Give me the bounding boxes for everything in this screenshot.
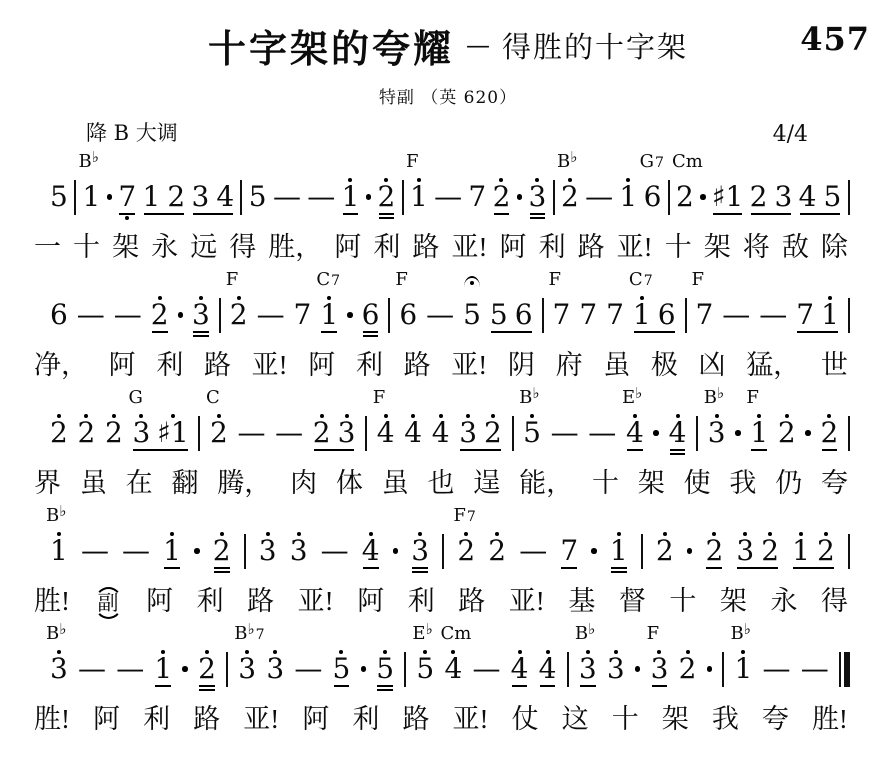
octave-dot-low: [799, 211, 817, 220]
note-digit-stack: 1: [154, 646, 172, 692]
lyric-syllable: 永: [770, 583, 797, 619]
octave-dot-low: [669, 447, 687, 456]
barline: [848, 298, 850, 333]
note-digit: 2: [761, 537, 779, 565]
duration-dash: —: [801, 655, 829, 683]
note-digit-stack: 2: [705, 528, 723, 574]
duration-dash: —: [275, 419, 303, 447]
note-digit: 1: [320, 301, 338, 329]
note-digit-stack: 4: [444, 646, 462, 692]
note-digit-stack: 2: [77, 410, 95, 456]
lyric-syllable: 我: [729, 465, 756, 501]
octave-dot-low: [676, 211, 694, 220]
lyric-syllable: 阿: [500, 229, 527, 265]
note-digit-stack: 5: [523, 410, 541, 456]
note: 2: [778, 410, 796, 456]
note: 5B♭: [523, 410, 541, 456]
octave-dot-low: [50, 211, 68, 220]
note-digit-stack: 7: [294, 292, 312, 338]
lyric-syllable: 胜!: [812, 701, 848, 737]
octave-dot-low: [579, 683, 597, 692]
note-digit: ♯1: [157, 419, 188, 447]
lyric-syllable: 十: [669, 583, 696, 619]
chord-label: B♭: [46, 507, 66, 525]
note-digit-stack: 1: [792, 528, 810, 574]
lyric-syllable: 夸: [821, 465, 848, 501]
lyric-syllable: 体: [336, 465, 363, 501]
lyric-syllable: 亚!: [252, 347, 288, 383]
chord-label: F: [395, 271, 408, 289]
octave-dot-low: [708, 447, 726, 456]
octave-dot-low: [362, 329, 380, 338]
note-digit-stack: 4: [404, 410, 422, 456]
note-digit: 4: [432, 419, 450, 447]
chord-label: C: [206, 389, 220, 407]
lyrics-line-1: 一十架永远得胜，阿利路亚!阿利路亚!十架将敌除: [0, 229, 896, 265]
note: 5E♭: [416, 646, 434, 692]
note-digit-stack: 5: [376, 646, 394, 692]
note: 2B♭: [561, 174, 579, 220]
note: 7: [118, 174, 136, 220]
note-digit-stack: 1: [619, 174, 637, 220]
note-digit-stack: 4: [362, 528, 380, 574]
barline: [198, 416, 200, 451]
note-digit-stack: 6: [515, 292, 533, 338]
chord-label: F: [226, 271, 239, 289]
music-line-3: 2223♯1G2C——234F44325B♭——4E♭43B♭1F22: [0, 410, 896, 456]
octave-dot-low: [823, 211, 841, 220]
note-digit-stack: 3: [338, 410, 356, 456]
octave-dot-low: [50, 683, 68, 692]
note-digit-stack: 1: [750, 410, 768, 456]
note-digit: 1: [610, 537, 628, 565]
lyric-syllable: 架: [704, 229, 731, 265]
barline: [641, 534, 643, 569]
duration-dash: —: [472, 655, 500, 683]
chord-accidental: ♭: [92, 148, 99, 166]
note-digit: 3: [459, 419, 477, 447]
note-digit: 2: [151, 301, 169, 329]
note-digit-stack: 3: [607, 646, 625, 692]
duration-dash: —: [116, 655, 144, 683]
note-digit-stack: 2: [778, 410, 796, 456]
barline: [226, 652, 228, 687]
lyric-syllable: 阿: [357, 583, 384, 619]
octave-dot-low: [515, 329, 533, 338]
note-digit: 1: [82, 183, 100, 211]
note: 5: [249, 174, 267, 220]
note-digit-stack: 1: [143, 174, 161, 220]
note-digit: 1: [821, 301, 839, 329]
note: 7F: [553, 292, 571, 338]
note-digit-stack: 3: [736, 528, 754, 574]
note: 1: [342, 174, 360, 220]
note-digit-stack: 3: [651, 646, 669, 692]
chord-number: 7: [655, 155, 664, 171]
octave-dot-low: [610, 565, 628, 574]
chord-label: G: [128, 389, 142, 407]
note-digit-stack: 2: [484, 410, 502, 456]
note: 3: [266, 646, 284, 692]
note-digit: 7: [796, 301, 814, 329]
note: 4: [404, 410, 422, 456]
chord-label: C7: [629, 271, 653, 289]
octave-dot-low: [333, 683, 351, 692]
note: 1F: [410, 174, 428, 220]
lyrics-line-5: 胜!阿利路亚!阿利路亚!仗这十架我夸胜!: [0, 701, 896, 737]
note: 4: [669, 410, 687, 456]
hymn-title-main: 十字架的夸耀: [208, 18, 454, 73]
lyric-syllable: 阿: [146, 583, 173, 619]
barline: [848, 534, 850, 569]
note: 1F: [750, 410, 768, 456]
note-digit-stack: 7: [553, 292, 571, 338]
note-digit-stack: 2: [750, 174, 768, 220]
octave-dot-low: [105, 447, 123, 456]
augmentation-dot: [194, 548, 200, 554]
note-digit-stack: 3: [529, 174, 547, 220]
note-digit-stack: 1: [320, 292, 338, 338]
note-digit-stack: 2: [167, 174, 185, 220]
chord-number: 7: [644, 273, 653, 289]
note: 1B♭: [50, 528, 68, 574]
chord-label: F: [549, 271, 562, 289]
note-digit-stack: 5: [416, 646, 434, 692]
augmentation-dot: [687, 548, 693, 554]
octave-dot-low: [651, 683, 669, 692]
note-digit: 1: [50, 537, 68, 565]
duration-dash: —: [434, 183, 462, 211]
lyric-syllable: 夸: [762, 701, 789, 737]
note-digit-stack: 2: [151, 292, 169, 338]
augmentation-dot: [653, 430, 659, 436]
duration-dash: —: [237, 419, 265, 447]
octave-dot-low: [705, 565, 723, 574]
chord-accidental: ♭: [426, 620, 433, 638]
note: 2: [105, 410, 123, 456]
augmentation-dot: [805, 430, 811, 436]
note-digit: 7: [294, 301, 312, 329]
refrain-marker: 副: [94, 583, 123, 619]
lyric-syllable: 亚!: [617, 229, 653, 265]
note-digit-stack: 2: [105, 410, 123, 456]
lyric-syllable: 仗: [512, 701, 539, 737]
note-digit: 3: [651, 655, 669, 683]
octave-dot-low: [338, 447, 356, 456]
octave-dot-low: [468, 211, 486, 220]
note-digit-stack: 3: [238, 646, 256, 692]
note-digit: 4: [626, 419, 644, 447]
duration-dash: —: [78, 655, 106, 683]
note-digit-stack: 6: [50, 292, 68, 338]
lyric-syllable: 十: [592, 465, 619, 501]
barline: [696, 416, 698, 451]
octave-dot-low: [712, 211, 743, 220]
note-digit-stack: 3: [50, 646, 68, 692]
augmentation-dot: [700, 194, 706, 200]
note: 1: [619, 174, 637, 220]
note-digit-stack: 2: [230, 292, 248, 338]
note-digit-stack: 6: [658, 292, 676, 338]
lyric-syllable: 能，: [519, 465, 573, 501]
note: 3B♭: [50, 646, 68, 692]
duration-dash: —: [426, 301, 454, 329]
note-digit: 3: [266, 655, 284, 683]
note: 3: [290, 528, 308, 574]
lyric-syllable: 亚!: [243, 701, 279, 737]
note-digit: 2: [484, 419, 502, 447]
lyric-syllable: 在: [126, 465, 153, 501]
note-digit: 3: [290, 537, 308, 565]
barline: [512, 416, 514, 451]
duration-dash: —: [114, 301, 142, 329]
chord-label: E♭: [412, 625, 432, 643]
note-digit: 7: [468, 183, 486, 211]
octave-dot-low: [411, 565, 429, 574]
lyric-syllable: 架: [112, 229, 139, 265]
note-digit-stack: 5: [50, 174, 68, 220]
note-digit: 1: [619, 183, 637, 211]
note: 2F: [230, 292, 248, 338]
note-digit-stack: 5: [490, 292, 508, 338]
key-signature: 降 B 大调: [86, 117, 178, 147]
note: 7F: [696, 292, 714, 338]
note-digit-stack: 6: [644, 174, 662, 220]
augmentation-dot: [361, 666, 367, 672]
octave-dot-low: [463, 329, 481, 338]
note: 6: [362, 292, 380, 338]
lyric-syllable: 利: [539, 229, 566, 265]
lyric-syllable: 极: [651, 347, 678, 383]
chord-number: 7: [467, 509, 476, 525]
lyric-syllable: 逞: [473, 465, 500, 501]
octave-dot-low: [792, 565, 810, 574]
lyric-syllable: 虽: [80, 465, 107, 501]
chord-accidental: ♭: [717, 384, 724, 402]
chord-label: E♭: [622, 389, 642, 407]
note-digit-stack: 7: [696, 292, 714, 338]
note-digit-stack: ♯1: [157, 410, 188, 456]
note-digit: 5: [463, 301, 481, 329]
note: 5: [50, 174, 68, 220]
augmentation-dot: [735, 430, 741, 436]
octave-dot-low: [490, 329, 508, 338]
note-digit: 2: [167, 183, 185, 211]
octave-dot-low: [313, 447, 331, 456]
note-digit: 4: [216, 183, 234, 211]
note-digit: 6: [658, 301, 676, 329]
note: 1B♭: [82, 174, 100, 220]
note-digit: 2: [198, 655, 216, 683]
lyric-syllable: 督: [619, 583, 646, 619]
note-digit: 5: [249, 183, 267, 211]
note-group: 32: [736, 528, 779, 574]
note: 3: [192, 292, 210, 338]
lyric-syllable: 利: [352, 701, 379, 737]
note: ♯1: [712, 174, 743, 220]
note-digit-stack: 3: [774, 174, 792, 220]
lyric-syllable: 除: [821, 229, 848, 265]
note-digit-stack: 2: [761, 528, 779, 574]
lyric-syllable: 十: [665, 229, 692, 265]
note-digit: 5: [376, 655, 394, 683]
octave-dot-low: [50, 565, 68, 574]
duration-dash: —: [122, 537, 150, 565]
barline: [404, 652, 406, 687]
octave-dot-low: [259, 565, 277, 574]
lyrics-line-4: 胜!副阿利路亚!阿利路亚!基督十架永得: [0, 583, 896, 619]
note-digit: 4: [799, 183, 817, 211]
note-digit: 4: [669, 419, 687, 447]
note-group: 12: [792, 528, 835, 574]
note: 2: [50, 410, 68, 456]
note-digit-stack: 2: [210, 410, 228, 456]
octave-dot-low: [626, 447, 644, 456]
note-digit: 2: [105, 419, 123, 447]
octave-dot-low: [378, 211, 396, 220]
note: 7: [468, 174, 486, 220]
note-digit: 1: [163, 537, 181, 565]
octave-dot-low: [362, 565, 380, 574]
duration-dash: —: [763, 655, 791, 683]
note-digit-stack: 2: [457, 528, 475, 574]
lyric-syllable: 利: [373, 229, 400, 265]
note-digit: 3: [411, 537, 429, 565]
chord-label: Cm: [672, 153, 703, 171]
lyric-syllable: 也: [428, 465, 455, 501]
octave-dot-low: [619, 211, 637, 220]
octave-dot-low: [493, 211, 511, 220]
note-digit-stack: 2: [821, 410, 839, 456]
chord-label: F: [692, 271, 705, 289]
note: 4: [432, 410, 450, 456]
octave-dot-low: [77, 447, 95, 456]
chord-number: 7: [331, 273, 340, 289]
note-digit-stack: 4: [539, 646, 557, 692]
note-digit-stack: 2: [488, 528, 506, 574]
note-digit: 6: [515, 301, 533, 329]
lyric-syllable: 路: [578, 229, 605, 265]
note: 2F7: [457, 528, 475, 574]
note: 1: [154, 646, 172, 692]
note-digit: 3: [607, 655, 625, 683]
lyric-syllable: 阿: [334, 229, 361, 265]
octave-dot-low: [290, 565, 308, 574]
chord-accidental: ♭: [570, 148, 577, 166]
note: 5: [333, 646, 351, 692]
note: 1: [610, 528, 628, 574]
note-digit: 3: [192, 301, 210, 329]
barline: [685, 298, 687, 333]
note-digit: 5: [333, 655, 351, 683]
augmentation-dot: [591, 548, 597, 554]
note-digit: 3: [708, 419, 726, 447]
note: 3B♭7: [238, 646, 256, 692]
barline: [848, 416, 850, 451]
lyric-syllable: 肉: [290, 465, 317, 501]
note: 5: [376, 646, 394, 692]
chord-number: 7: [256, 627, 265, 643]
augmentation-dot: [635, 666, 641, 672]
octave-dot-low: [553, 329, 571, 338]
chord-label: B♭7: [234, 625, 264, 643]
note-digit-stack: 3: [708, 410, 726, 456]
duration-dash: —: [294, 655, 322, 683]
octave-dot-low: [143, 211, 161, 220]
octave-dot-low: [734, 683, 752, 692]
note: 2: [151, 292, 169, 338]
note: 7: [294, 292, 312, 338]
octave-dot-low: [192, 211, 210, 220]
note-digit-stack: 5: [249, 174, 267, 220]
lyric-syllable: 利: [356, 347, 383, 383]
lyric-syllable: 亚!: [453, 701, 489, 737]
lyric-syllable: 远: [190, 229, 217, 265]
note-digit-stack: 1: [410, 174, 428, 220]
note-digit: 4: [444, 655, 462, 683]
lyric-syllable: 阿: [308, 347, 335, 383]
note-digit: 4: [362, 537, 380, 565]
lyric-syllable: 利: [408, 583, 435, 619]
note-digit-stack: 1: [163, 528, 181, 574]
note: 3: [607, 646, 625, 692]
lyric-syllable: 路: [412, 229, 439, 265]
note-digit: 2: [213, 537, 231, 565]
octave-dot-low: [736, 565, 754, 574]
octave-dot-low: [432, 447, 450, 456]
chord-accidental: ♭: [59, 620, 66, 638]
note-digit: 5: [823, 183, 841, 211]
octave-dot-low: [459, 447, 477, 456]
note-digit: 2: [488, 537, 506, 565]
note-digit-stack: 7: [606, 292, 624, 338]
lyric-syllable: 架: [662, 701, 689, 737]
note: 4F: [377, 410, 395, 456]
augmentation-dot: [393, 548, 399, 554]
note: 2: [656, 528, 674, 574]
note-digit: 2: [50, 419, 68, 447]
music-area: 51B♭712345——121F—7232B♭—16G72Cm♯12345一十架…: [0, 174, 896, 737]
octave-dot-low: [761, 565, 779, 574]
octave-dot-low: [778, 447, 796, 456]
duration-dash: —: [307, 183, 335, 211]
page-number: 457: [800, 20, 870, 58]
note-digit-stack: 4: [626, 410, 644, 456]
octave-dot-low: [817, 565, 835, 574]
lyric-syllable: 阿: [109, 347, 136, 383]
note: 1: [163, 528, 181, 574]
barline: [567, 652, 569, 687]
lyric-syllable: 界: [34, 465, 61, 501]
note-digit-stack: 2: [561, 174, 579, 220]
note-digit: 2: [230, 301, 248, 329]
octave-dot-low: [198, 683, 216, 692]
octave-dot-low: [404, 447, 422, 456]
note-digit: 3: [50, 655, 68, 683]
octave-dot-low: [774, 211, 792, 220]
note-group: 3♯1G: [132, 410, 188, 456]
note-digit: 1: [154, 655, 172, 683]
barline: [365, 416, 367, 451]
octave-dot-low: [633, 329, 651, 338]
lyric-syllable: 利: [197, 583, 224, 619]
chord-label: F: [373, 389, 386, 407]
note-digit: 1: [633, 301, 651, 329]
note-digit-stack: 2: [50, 410, 68, 456]
lyric-syllable: 阿: [93, 701, 120, 737]
note-digit: 2: [313, 419, 331, 447]
title-row: 十字架的夸耀 — 得胜的十字架: [0, 20, 896, 70]
